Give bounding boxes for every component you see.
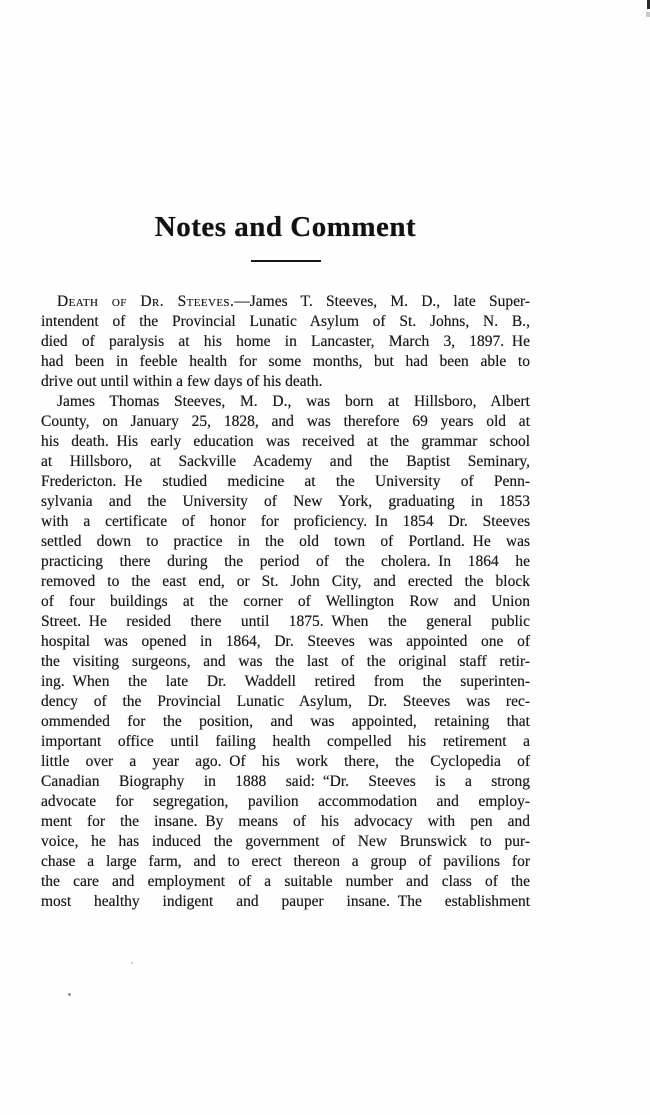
text-line: had been in feeble health for some month…: [41, 352, 530, 372]
text-line: Canadian Biography in 1888 said: “Dr. St…: [41, 772, 530, 792]
text-line: hospital was opened in 1864, Dr. Steeves…: [41, 632, 530, 652]
page-title: Notes and Comment: [41, 211, 530, 243]
text-line: with a certificate of honor for proficie…: [41, 512, 530, 532]
text-line: at Hillsboro, at Sackville Academy and t…: [41, 452, 530, 472]
title-divider: [251, 260, 321, 262]
text-line: important office until failing health co…: [41, 732, 530, 752]
text-line: advocate for segregation, pavilion accom…: [41, 792, 530, 812]
paragraph: Death of Dr. Steeves.—James T. Steeves, …: [41, 292, 530, 392]
paragraph: James Thomas Steeves, M. D., was born at…: [41, 392, 530, 912]
text-line: ing. When the late Dr. Waddell retired f…: [41, 672, 530, 692]
scan-artifact-icon: [646, 12, 650, 17]
text-line: James Thomas Steeves, M. D., was born at…: [41, 392, 530, 412]
page-header: Notes and Comment: [41, 211, 530, 262]
text-line: ment for the insane. By means of his adv…: [41, 812, 530, 832]
text-line: drive out until within a few days of his…: [41, 372, 530, 392]
text-line: County, on January 25, 1828, and was the…: [41, 412, 530, 432]
scanned-book-page: Notes and Comment Death of Dr. Steeves.—…: [0, 0, 650, 1115]
text-line: intendent of the Provincial Lunatic Asyl…: [41, 312, 530, 332]
text-line: of four buildings at the corner of Welli…: [41, 592, 530, 612]
text-line: chase a large farm, and to erect thereon…: [41, 852, 530, 872]
text-line: voice, he has induced the government of …: [41, 832, 530, 852]
text-line: ommended for the position, and was appoi…: [41, 712, 530, 732]
text-line: practicing there during the period of th…: [41, 552, 530, 572]
lead-in-smallcaps: Death of Dr. Steeves.: [57, 293, 234, 310]
text-line: dency of the Provincial Lunatic Asylum, …: [41, 692, 530, 712]
text-segment: —James T. Steeves, M. D., late Super-: [234, 293, 530, 310]
text-line: died of paralysis at his home in Lancast…: [41, 332, 530, 352]
text-line: his death. His early education was recei…: [41, 432, 530, 452]
scan-speckle: [68, 993, 71, 996]
text-line: Street. He resided there until 1875. Whe…: [41, 612, 530, 632]
text-block: Death of Dr. Steeves.—James T. Steeves, …: [41, 292, 530, 912]
text-line: the visiting surgeons, and was the last …: [41, 652, 530, 672]
text-line: settled down to practice in the old town…: [41, 532, 530, 552]
text-line: sylvania and the University of New York,…: [41, 492, 530, 512]
text-line: most healthy indigent and pauper insane.…: [41, 892, 530, 912]
text-line: Death of Dr. Steeves.—James T. Steeves, …: [41, 292, 530, 312]
text-line: little over a year ago. Of his work ther…: [41, 752, 530, 772]
text-line: Fredericton. He studied medicine at the …: [41, 472, 530, 492]
text-line: removed to the east end, or St. John Cit…: [41, 572, 530, 592]
text-line: the care and employment of a suitable nu…: [41, 872, 530, 892]
scan-speckle: [131, 962, 133, 964]
